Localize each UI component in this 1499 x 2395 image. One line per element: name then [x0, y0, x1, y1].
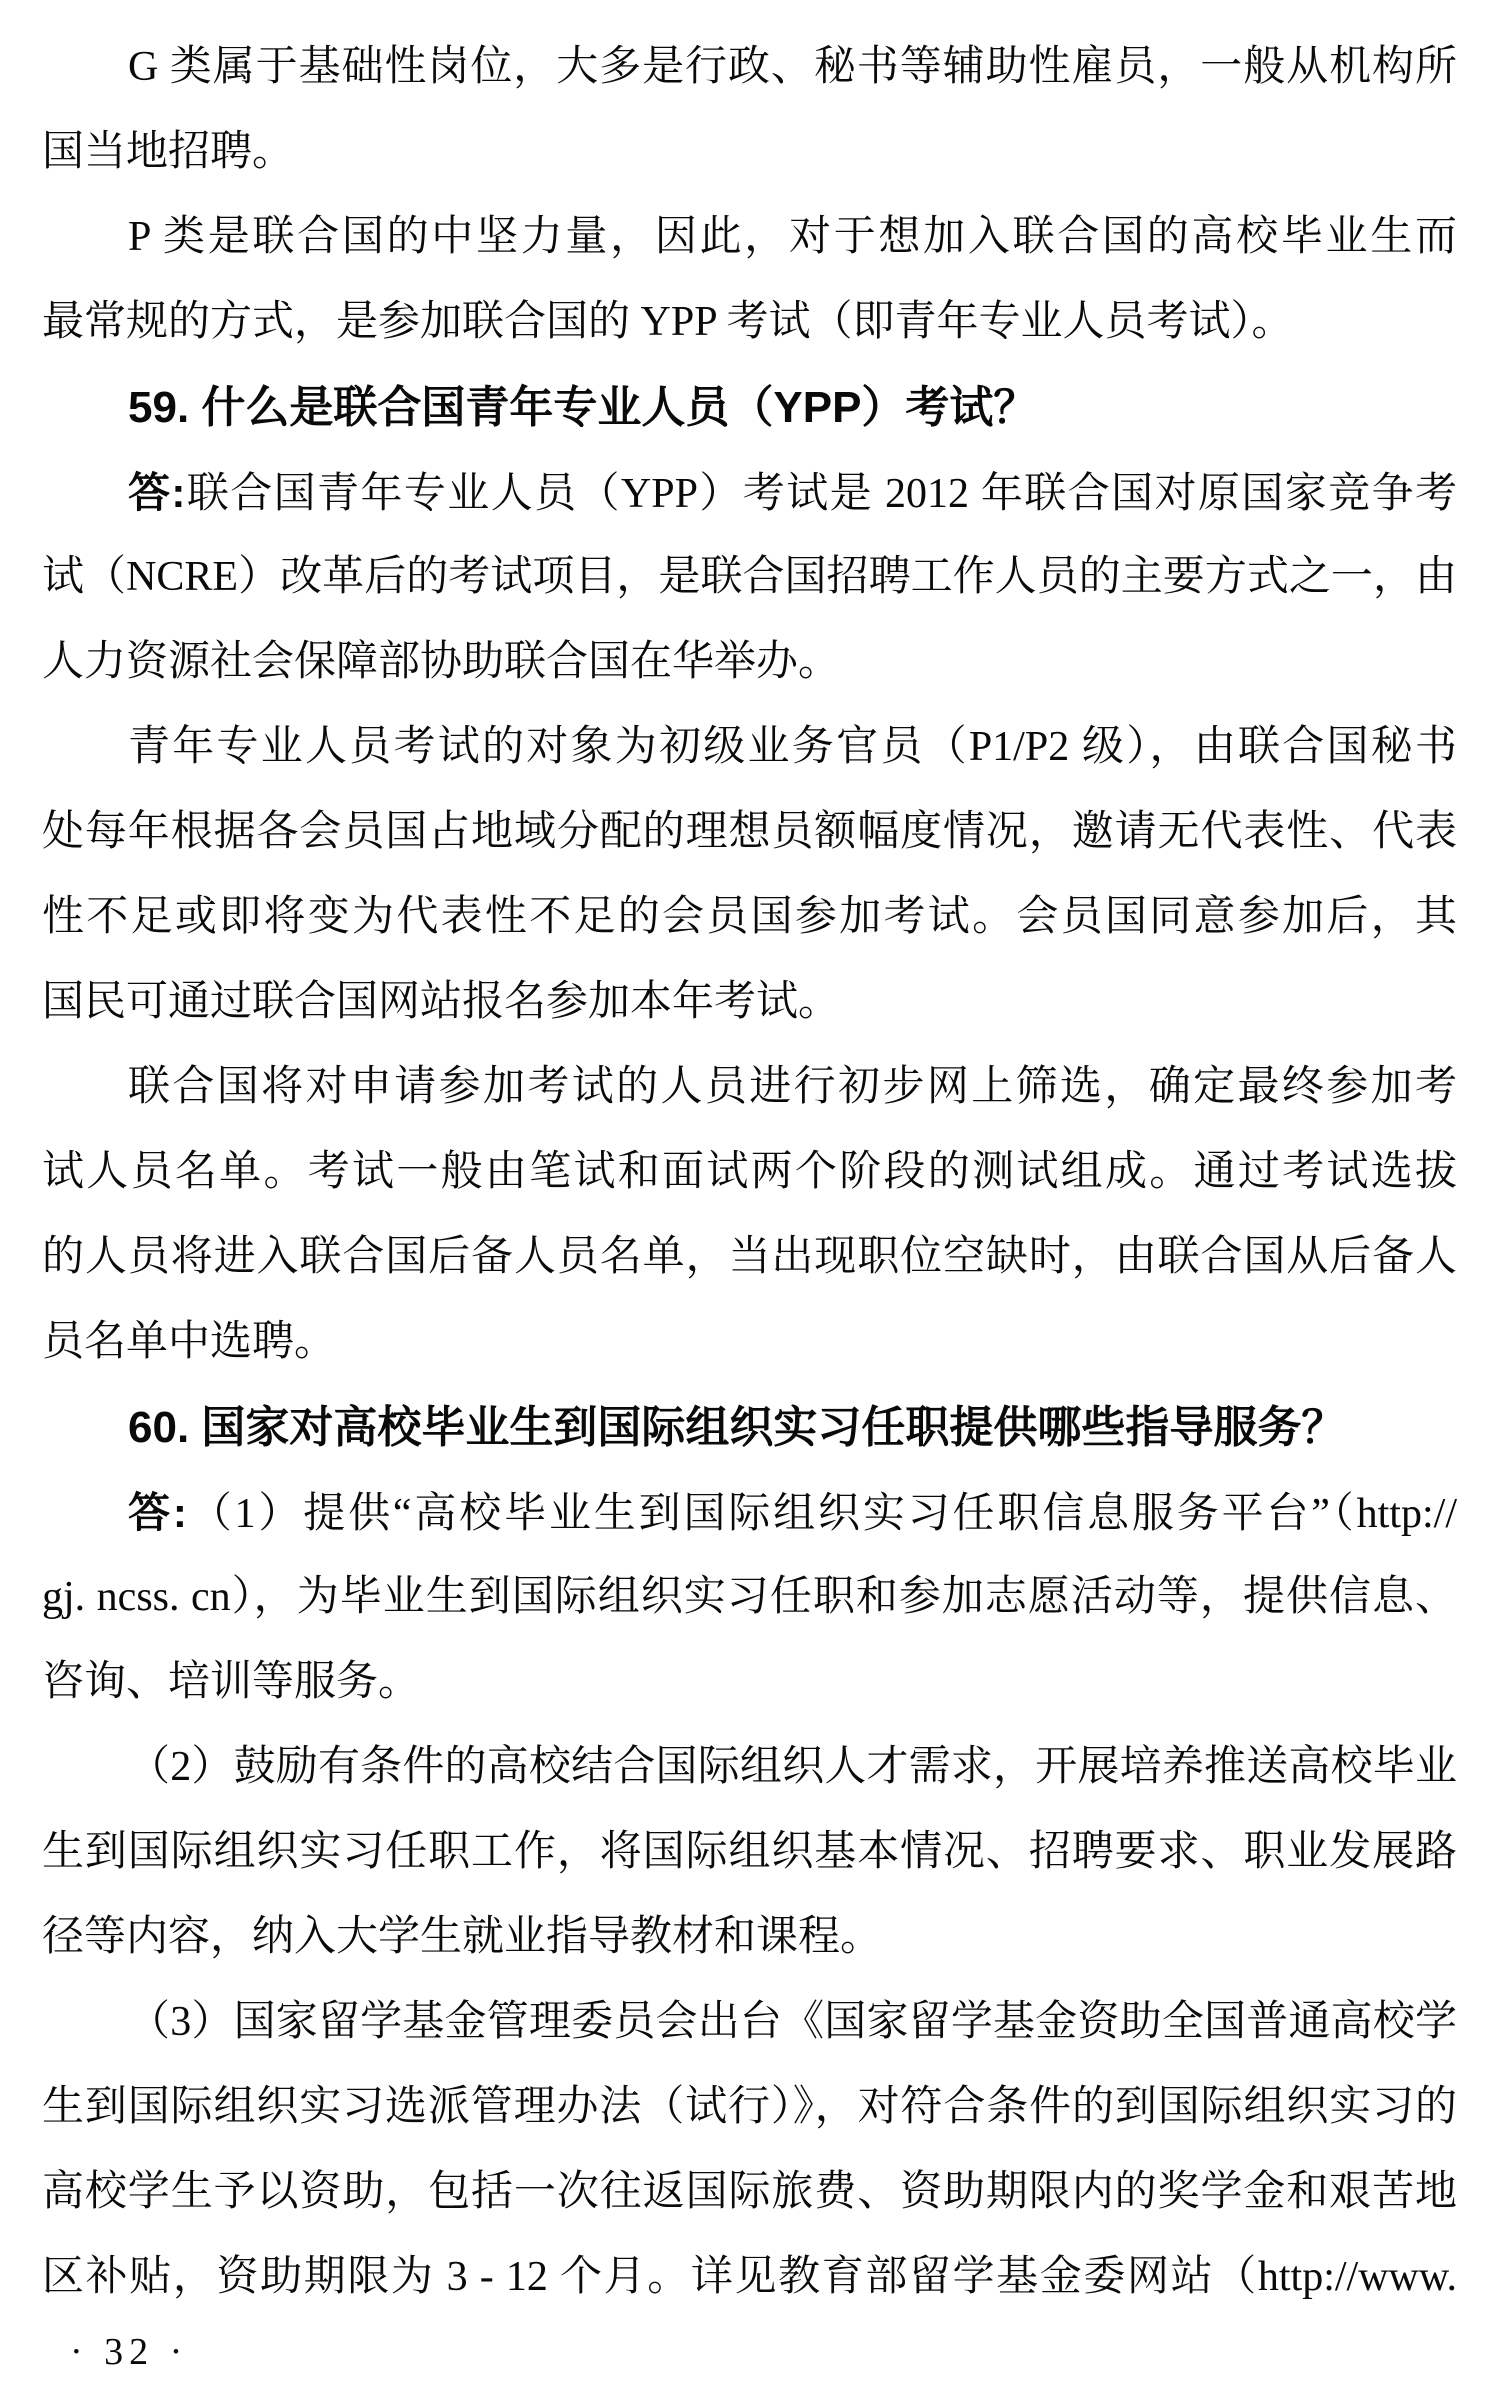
text-line: 联合国青年专业人员（YPP）考试是 2012 年联合国对原国家竞争考: [185, 471, 1457, 517]
document-page: G 类属于基础性岗位，大多是行政、秘书等辅助性雇员，一般从机构所在 国当地招聘。…: [0, 0, 1499, 2395]
text-line: （3）国家留学基金管理委员会出台《国家留学基金资助全国普通高校学: [42, 1980, 1457, 2065]
text-line: 试人员名单。考试一般由笔试和面试两个阶段的测试组成。通过考试选拔: [42, 1130, 1457, 1215]
text-line: （2）鼓励有条件的高校结合国际组织人才需求，开展培养推送高校毕业: [42, 1725, 1457, 1810]
text-line: G 类属于基础性岗位，大多是行政、秘书等辅助性雇员，一般从机构所在: [42, 25, 1457, 110]
text-line: P 类是联合国的中坚力量，因此，对于想加入联合国的高校毕业生而言，: [42, 195, 1457, 280]
text-line: 生到国际组织实习选派管理办法（试行）》，对符合条件的到国际组织实习的: [42, 2065, 1457, 2150]
text-line: 员名单中选聘。: [42, 1300, 1457, 1385]
answer-label: 答:: [128, 1489, 187, 1536]
answer-line: 答:联合国青年专业人员（YPP）考试是 2012 年联合国对原国家竞争考: [42, 450, 1457, 535]
text-line: （1）提供“高校毕业生到国际组织实习任职信息服务平台”（http://: [187, 1491, 1457, 1537]
text-line: gj. ncss. cn），为毕业生到国际组织实习任职和参加志愿活动等，提供信息…: [42, 1555, 1457, 1640]
page-number: · 32 ·: [42, 2320, 1457, 2394]
text-line: 性不足或即将变为代表性不足的会员国参加考试。会员国同意参加后，其: [42, 875, 1457, 960]
text-line: 的人员将进入联合国后备人员名单，当出现职位空缺时，由联合国从后备人: [42, 1215, 1457, 1300]
text-line: 处每年根据各会员国占地域分配的理想员额幅度情况，邀请无代表性、代表: [42, 790, 1457, 875]
text-line: 区补贴，资助期限为 3 - 12 个月。详见教育部留学基金委网站（http://…: [42, 2235, 1457, 2320]
text-line: 人力资源社会保障部协助联合国在华举办。: [42, 620, 1457, 705]
question-heading-60: 60. 国家对高校毕业生到国际组织实习任职提供哪些指导服务？: [42, 1385, 1457, 1470]
text-line: 生到国际组织实习任职工作，将国际组织基本情况、招聘要求、职业发展路: [42, 1810, 1457, 1895]
text-line: 联合国将对申请参加考试的人员进行初步网上筛选，确定最终参加考: [42, 1045, 1457, 1130]
text-line: 最常规的方式，是参加联合国的 YPP 考试（即青年专业人员考试）。: [42, 280, 1457, 365]
text-line: 国当地招聘。: [42, 110, 1457, 195]
text-line: 径等内容，纳入大学生就业指导教材和课程。: [42, 1895, 1457, 1980]
text-line: 青年专业人员考试的对象为初级业务官员（P1/P2 级），由联合国秘书: [42, 705, 1457, 790]
question-heading-59: 59. 什么是联合国青年专业人员（YPP）考试？: [42, 365, 1457, 450]
text-line: 咨询、培训等服务。: [42, 1640, 1457, 1725]
answer-line: 答:（1）提供“高校毕业生到国际组织实习任职信息服务平台”（http://: [42, 1470, 1457, 1555]
text-line: 试（NCRE）改革后的考试项目，是联合国招聘工作人员的主要方式之一，由: [42, 535, 1457, 620]
answer-label: 答:: [128, 469, 185, 516]
text-line: 国民可通过联合国网站报名参加本年考试。: [42, 960, 1457, 1045]
text-line: 高校学生予以资助，包括一次往返国际旅费、资助期限内的奖学金和艰苦地: [42, 2150, 1457, 2235]
